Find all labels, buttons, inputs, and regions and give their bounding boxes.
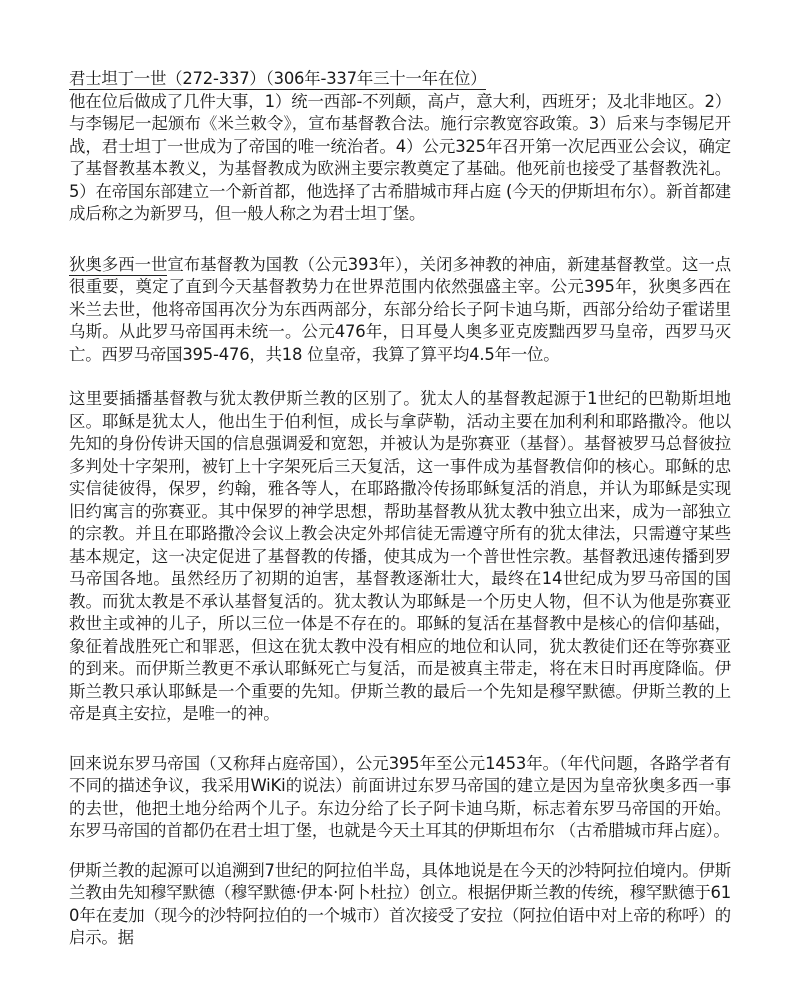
paragraph-eastern-roman-empire: 回来说东罗马帝国（又称拜占庭帝国），公元395年至公元1453年。（年代问题，各… bbox=[69, 753, 731, 843]
paragraph-theodosius: 狄奥多西一世宣布基督教为国教（公元393年），关闭多神教的神庙，新建基督教堂。这… bbox=[69, 254, 731, 367]
paragraph-islam-origin: 伊斯兰教的起源可以追溯到7世纪的阿拉伯半岛，具体地说是在今天的沙特阿拉伯境内。伊… bbox=[69, 860, 731, 950]
paragraph-title-theodosius: 狄奥多西一世 bbox=[69, 255, 167, 276]
paragraph-religions: 这里要插播基督教与犹太教伊斯兰教的区别了。犹太人的基督教起源于1世纪的巴勒斯坦地… bbox=[69, 388, 731, 726]
paragraph-title-constantine: 君士坦丁一世（272-337）（306年-337年三十一年在位） bbox=[69, 69, 486, 90]
document-page: 君士坦丁一世（272-337）（306年-337年三十一年在位）他在位后做成了几… bbox=[69, 68, 731, 950]
paragraph-constantine: 君士坦丁一世（272-337）（306年-337年三十一年在位）他在位后做成了几… bbox=[69, 68, 731, 226]
paragraph-text-theodosius: 宣布基督教为国教（公元393年），关闭多神教的神庙，新建基督教堂。这一点很重要，… bbox=[69, 255, 731, 364]
paragraph-text-constantine: 他在位后做成了几件大事，1）统一西部-不列颠，高卢，意大利，西班牙；及北非地区。… bbox=[69, 92, 731, 224]
